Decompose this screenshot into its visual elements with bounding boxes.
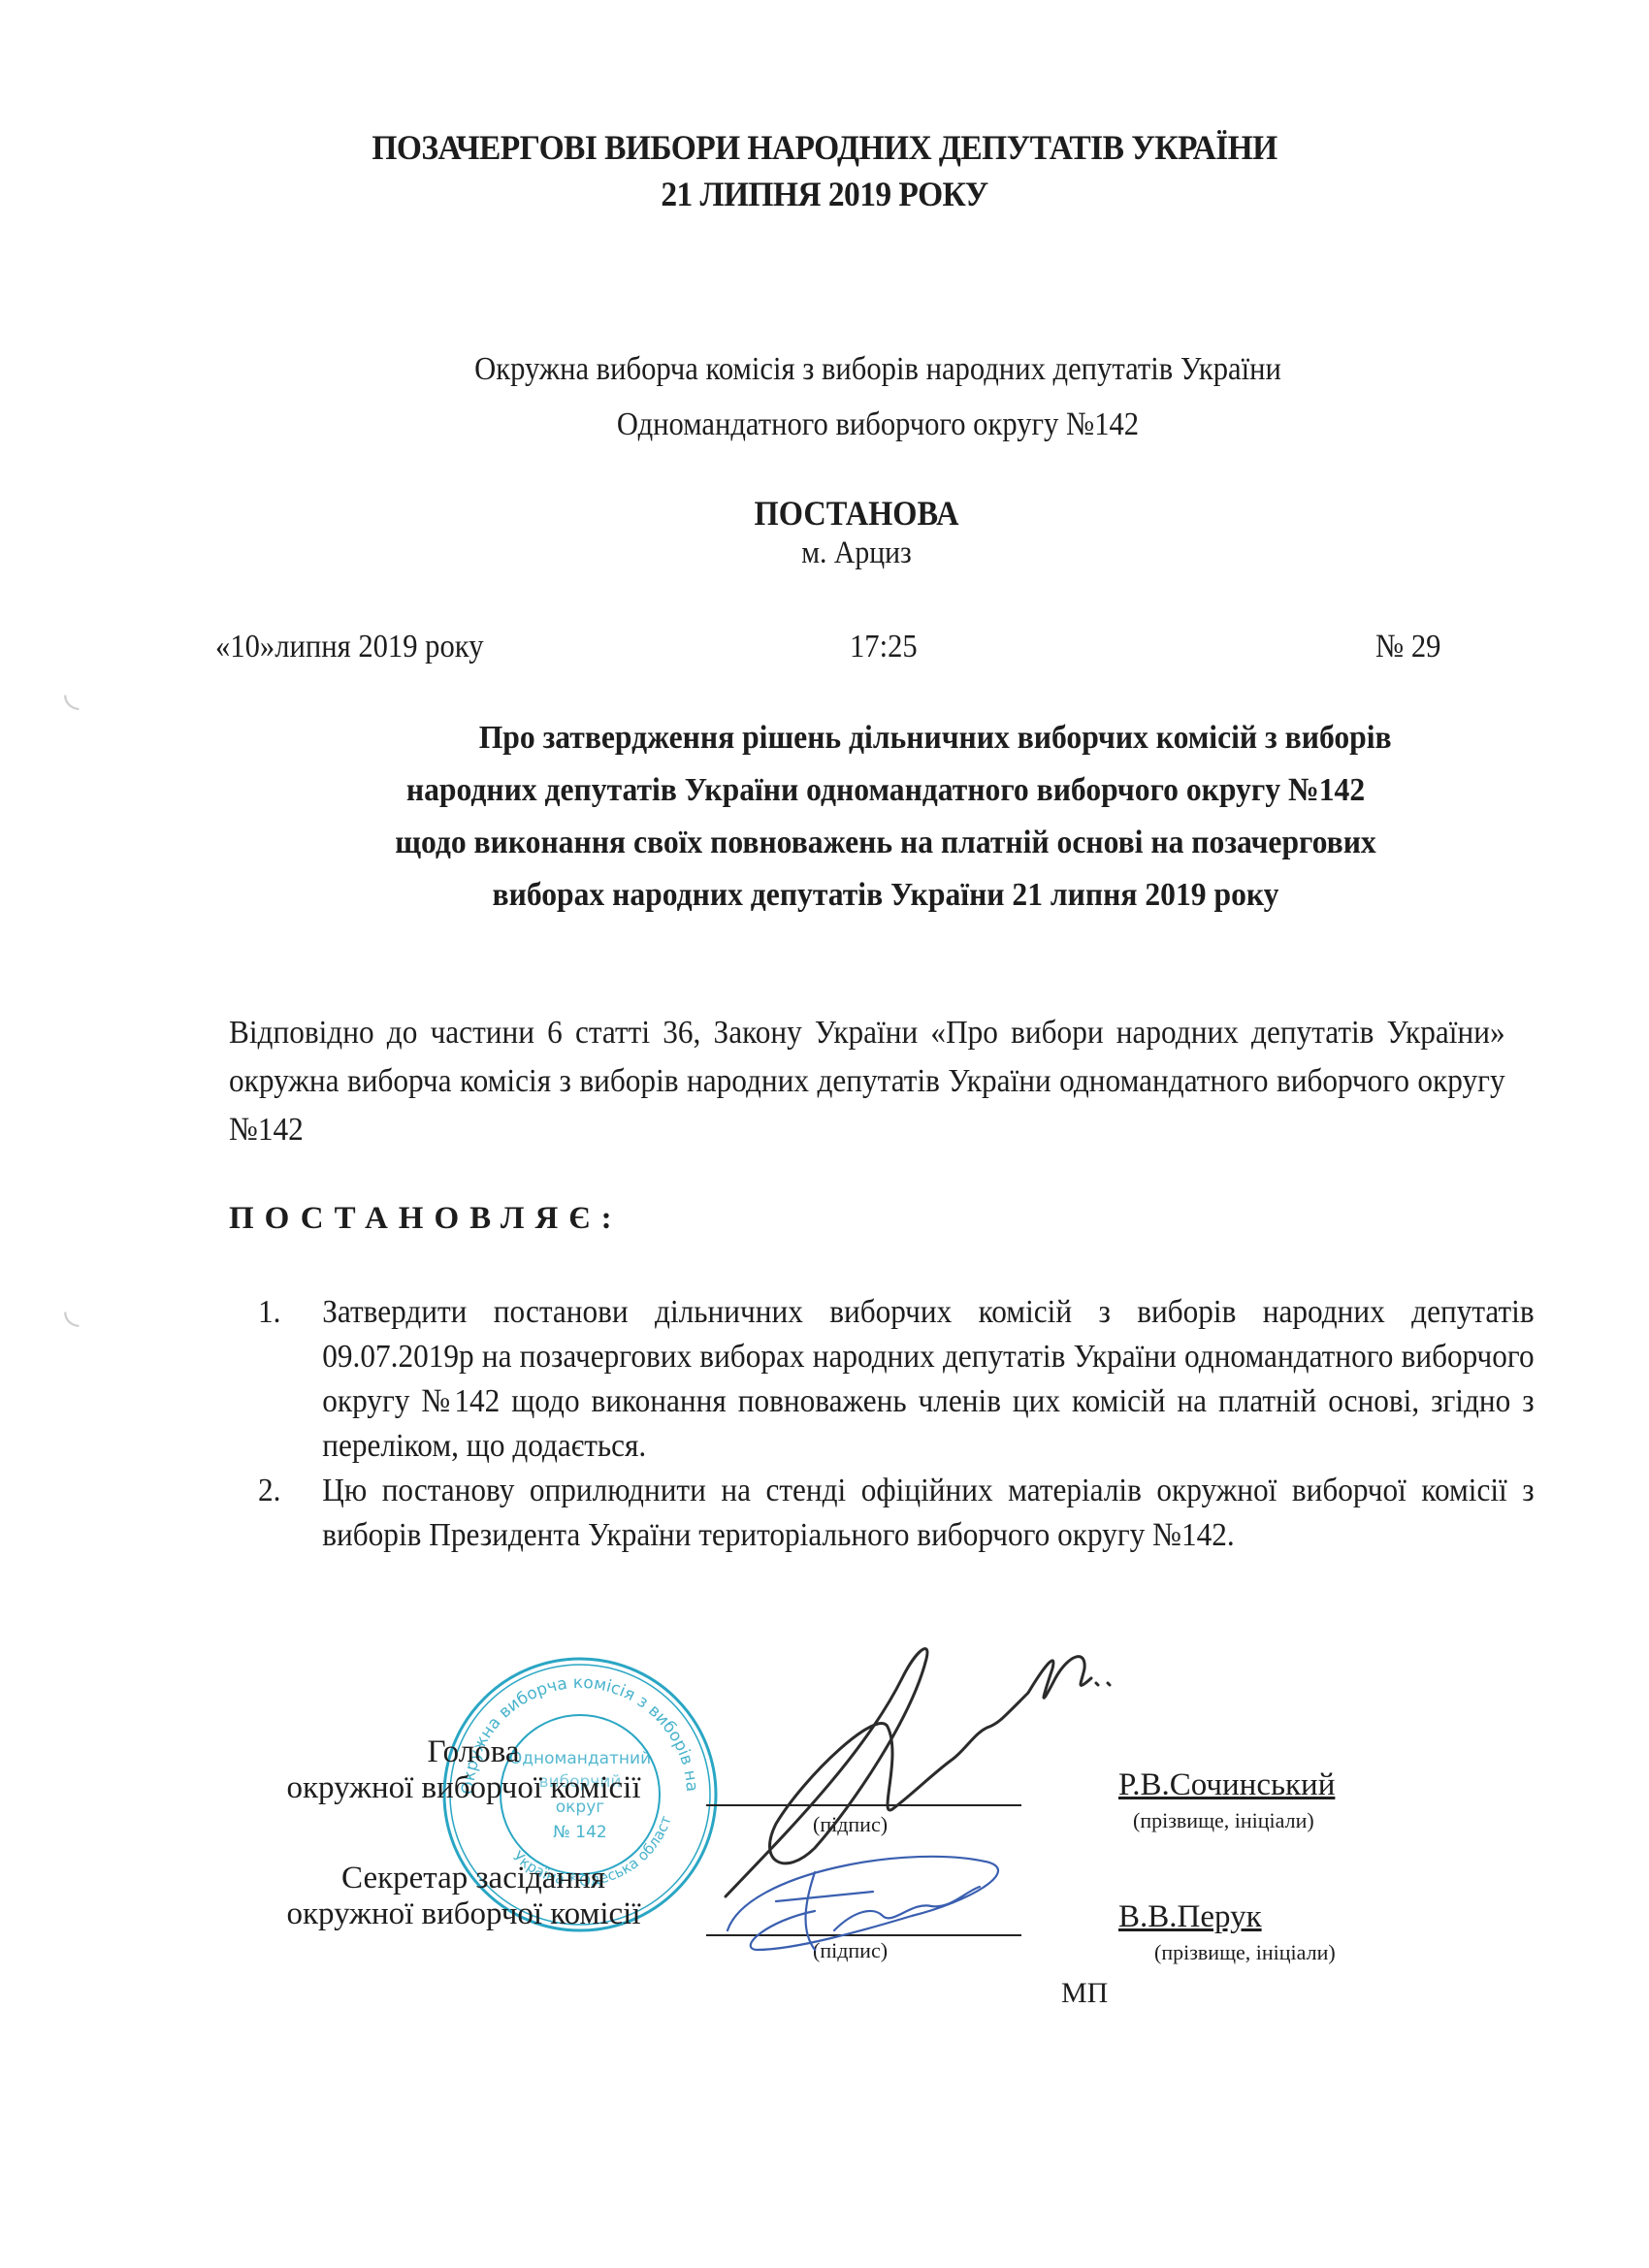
chair-role-line1: Голова [221, 1734, 706, 1770]
secretary-role: Секретар засідання окружної виборчої ком… [221, 1861, 706, 1932]
resolves-heading: ПОСТАНОВЛЯЄ: [229, 1201, 623, 1237]
resolution-list: 1. Затвердити постанови дільничних вибор… [258, 1290, 1535, 1558]
list-item: 1. Затвердити постанови дільничних вибор… [258, 1290, 1535, 1469]
decree-city: м. Арциз [88, 535, 1572, 571]
election-title-line1: ПОЗАЧЕРГОВІ ВИБОРИ НАРОДНИХ ДЕПУТАТІВ УК… [58, 124, 1592, 171]
commission-line1: Окружна виборча комісія з виборів народн… [179, 341, 1576, 397]
chair-name-caption: (прізвище, ініціали) [1133, 1808, 1314, 1833]
decree-number: № 29 [1375, 629, 1440, 665]
list-item-number: 1. [258, 1290, 322, 1469]
commission-line2: Одномандатного виборчого округу №142 [179, 397, 1576, 452]
subject-line1: Про затвердження рішень дільничних вибор… [304, 712, 1468, 764]
subject-line4: виборах народних депутатів України 21 ли… [304, 869, 1468, 922]
secretary-role-line2: окружної виборчої комісії [221, 1896, 706, 1932]
election-title: ПОЗАЧЕРГОВІ ВИБОРИ НАРОДНИХ ДЕПУТАТІВ УК… [58, 124, 1592, 217]
subject-line2: народних депутатів України одномандатног… [304, 764, 1468, 817]
secretary-name-caption: (прізвище, ініціали) [1154, 1940, 1336, 1965]
decree-time: 17:25 [850, 629, 918, 665]
chair-role: Голова окружної виборчої комісії [221, 1734, 706, 1806]
list-item-text: Затвердити постанови дільничних виборчих… [322, 1290, 1534, 1469]
list-item: 2. Цю постанову оприлюднити на стенді оф… [258, 1469, 1535, 1558]
secretary-signature-icon [718, 1833, 1028, 1960]
decree-type: ПОСТАНОВА [88, 493, 1572, 534]
chair-role-line2: окружної виборчої комісії [221, 1770, 706, 1806]
preamble-paragraph: Відповідно до частини 6 статті 36, Закон… [229, 1009, 1505, 1154]
commission-name: Окружна виборча комісія з виборів народн… [92, 341, 1576, 452]
scan-artifact-mark: ◟ [64, 1286, 80, 1332]
secretary-role-line1: Секретар засідання [221, 1861, 706, 1896]
stamp-center-line4: № 142 [553, 1823, 607, 1842]
subject-line3: щодо виконання своїх повноважень на плат… [304, 817, 1468, 869]
list-item-number: 2. [258, 1469, 322, 1558]
scan-artifact-mark: ◟ [64, 669, 80, 715]
decree-subject: Про затвердження рішень дільничних вибор… [304, 712, 1468, 922]
seal-mark: МП [1061, 1977, 1108, 2010]
list-item-text: Цю постанову оприлюднити на стенді офіці… [322, 1469, 1534, 1558]
decree-date: «10»липня 2019 року [215, 629, 484, 665]
election-title-line2: 21 ЛИПНЯ 2019 РОКУ [58, 171, 1592, 217]
